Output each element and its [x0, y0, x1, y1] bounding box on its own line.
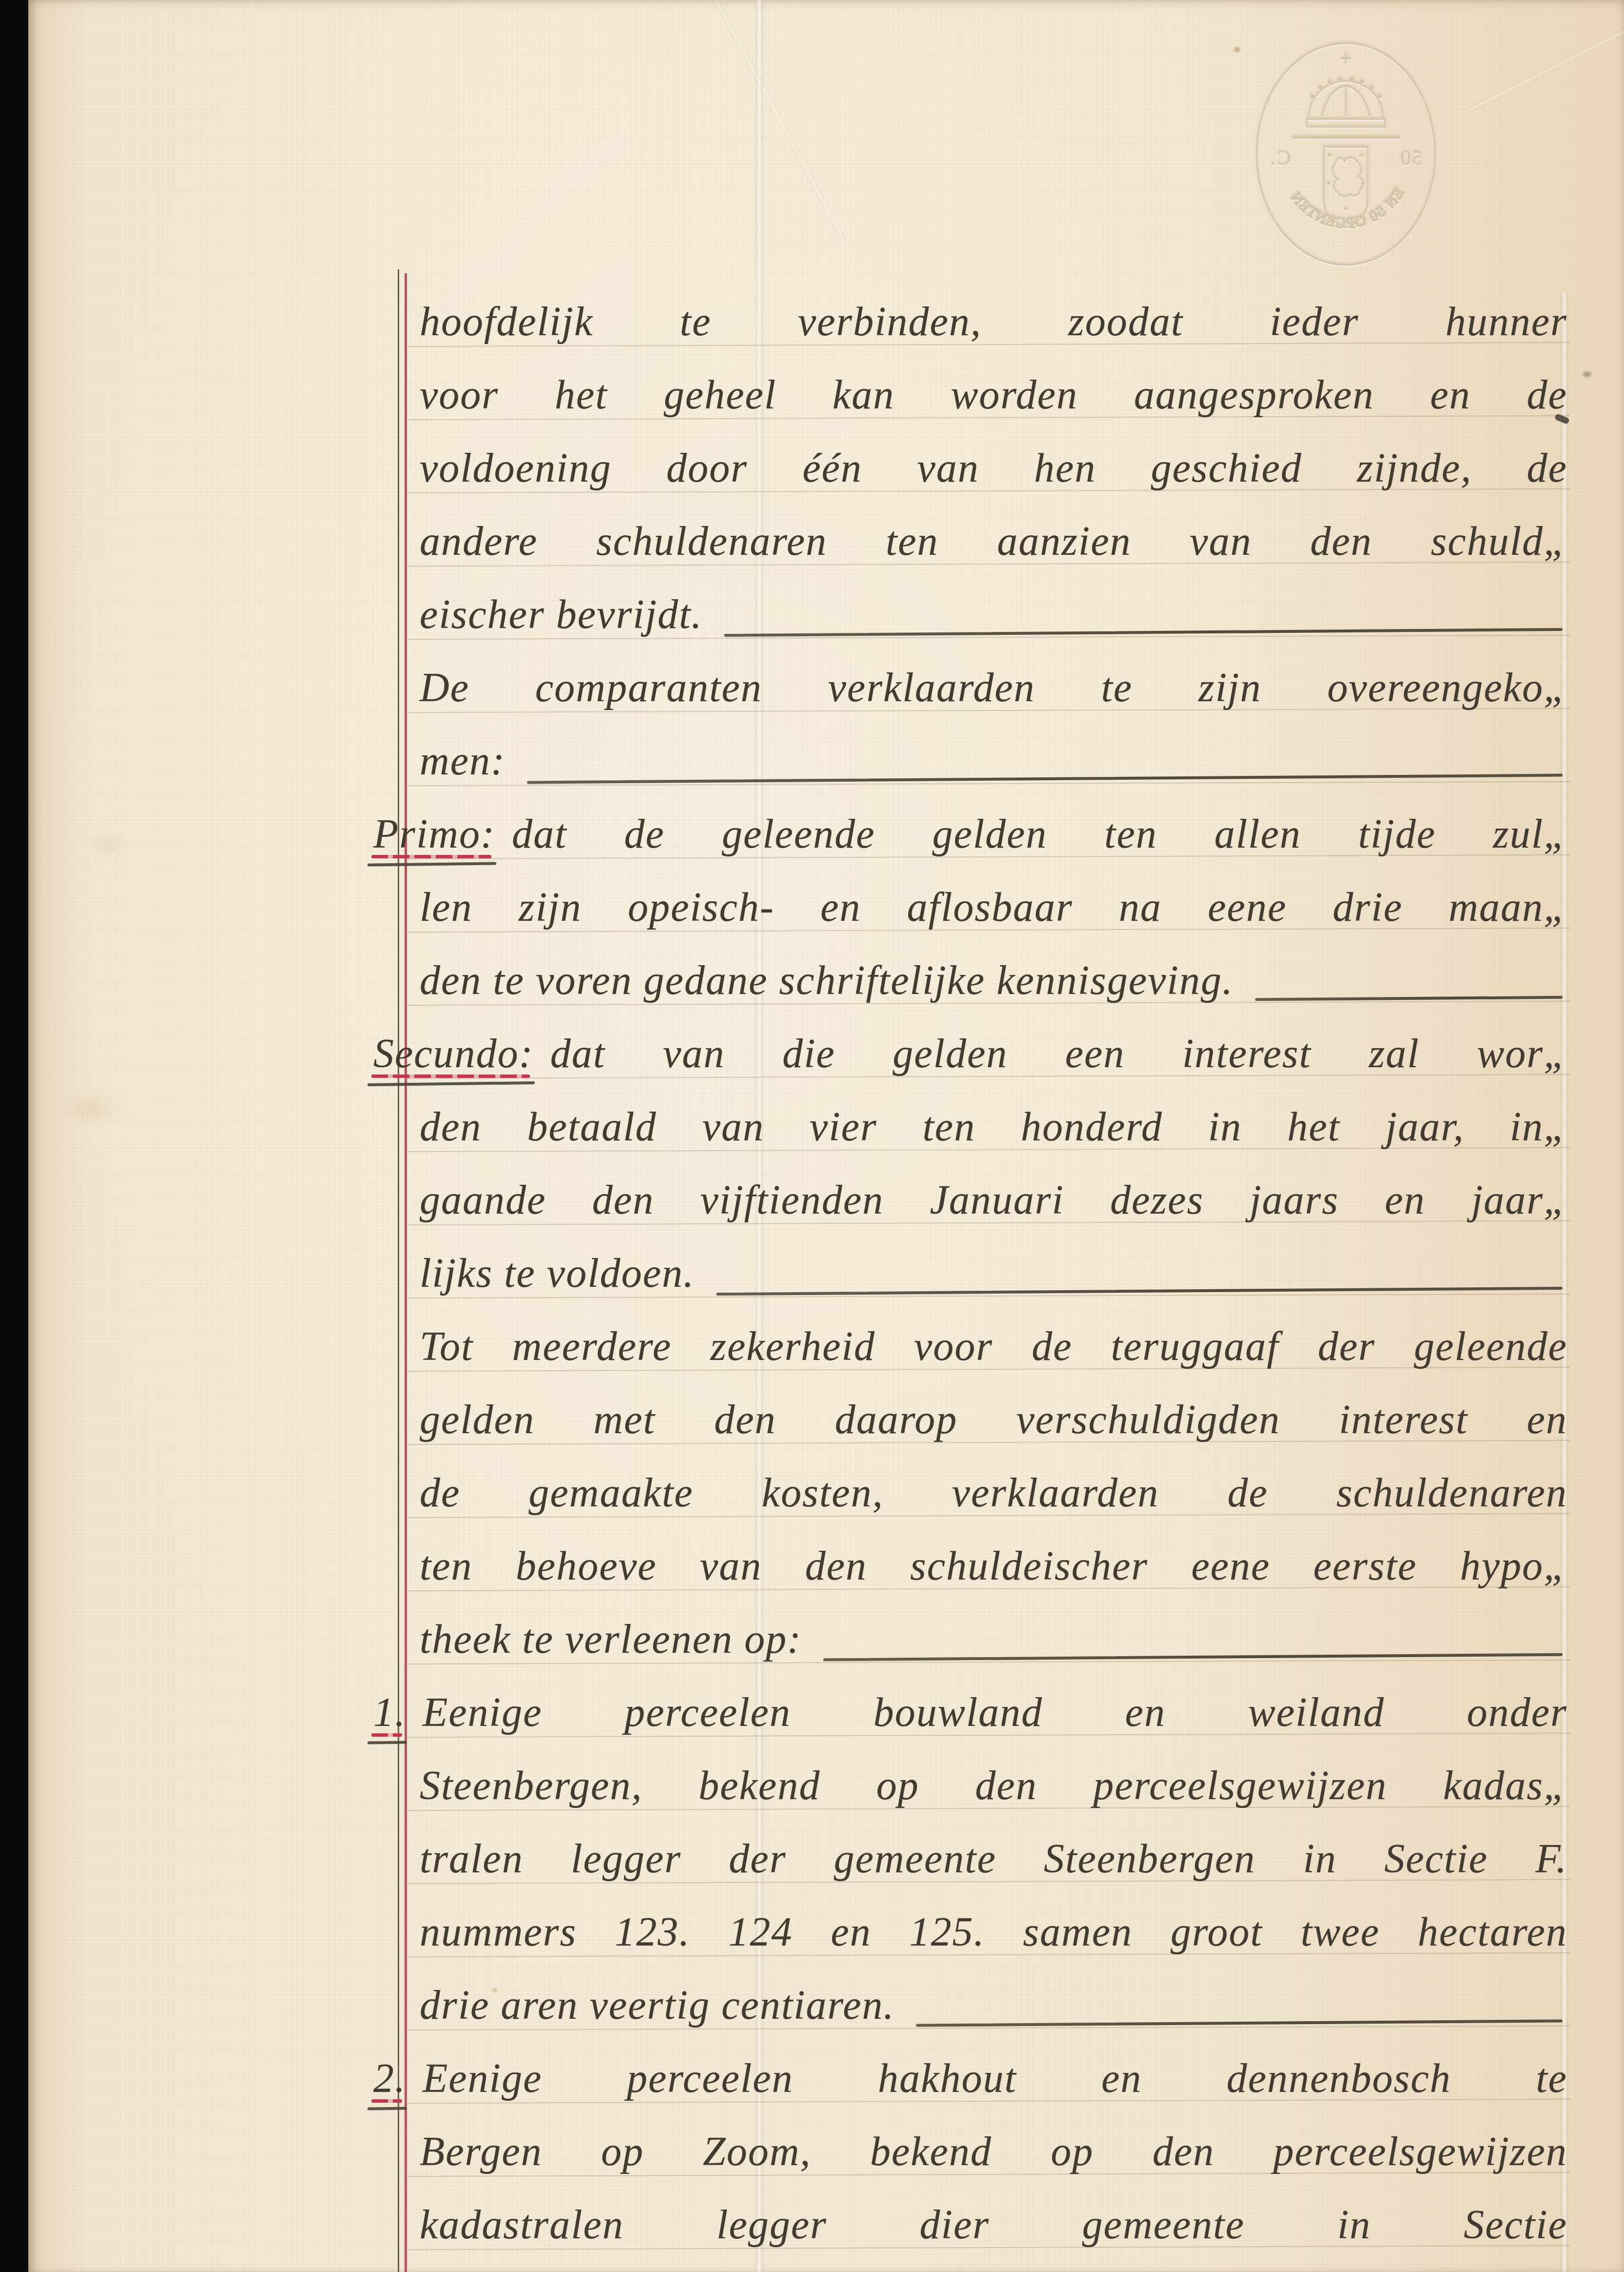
line-text: gaande den vijftienden Januari dezes jaa… [420, 1164, 1567, 1237]
line-text: Tot meerdere zekerheid voor de teruggaaf… [420, 1310, 1567, 1383]
line-text: Eenige perceelen bouwland en weiland ond… [423, 1676, 1567, 1749]
scanner-background [0, 0, 28, 2272]
manuscript-line: Primo:dat de geleende gelden ten allen t… [373, 798, 1567, 871]
manuscript-line: ten behoeve van den schuldeischer eene e… [420, 1530, 1567, 1603]
manuscript-line: andere schuldenaren ten aanzien van den … [420, 505, 1567, 578]
manuscript-line: gelden met den daarop verschuldigden int… [420, 1383, 1567, 1457]
manuscript-line: Secundo:dat van die gelden een interest … [373, 1017, 1567, 1091]
line-text: theek te verleenen op: [420, 1603, 802, 1676]
line-text: drie aren veertig centiaren. [420, 1969, 894, 2042]
line-text: dat de geleende gelden ten allen tijde z… [512, 798, 1567, 871]
document-scan: 50 C. EN 50 OPCENTEN hoofdelijk te verbi… [0, 0, 1624, 2272]
paper-stain [62, 1088, 121, 1129]
line-text: den te voren gedane schriftelijke kennis… [420, 944, 1234, 1017]
margin-rule-red [405, 273, 407, 2272]
manuscript-line: De comparanten verklaarden te zijn overe… [420, 651, 1567, 725]
fold-crease [1467, 20, 1624, 113]
manuscript-line: eischer bevrijdt. [420, 578, 1567, 651]
line-text: len zijn opeisch- en aflosbaar na eene d… [420, 871, 1567, 944]
manuscript-line: tralen legger der gemeente Steenbergen i… [420, 1823, 1567, 1896]
manuscript-line: kadastralen legger dier gemeente in Sect… [420, 2189, 1567, 2262]
manuscript-line: Steenbergen, bekend op den perceelsgewij… [420, 1749, 1567, 1823]
line-text: men: [420, 725, 506, 798]
line-text: eischer bevrijdt. [420, 578, 703, 651]
seal-value-left: 50 [1399, 147, 1422, 170]
manuscript-line: de gemaakte kosten, verklaarden de schul… [420, 1457, 1567, 1530]
manuscript-line: den te voren gedane schriftelijke kennis… [420, 944, 1567, 1017]
manuscript-text-block: hoofdelijk te verbinden, zoodat ieder hu… [420, 285, 1567, 2237]
line-text: den betaald van vier ten honderd in het … [420, 1091, 1567, 1164]
line-text: lijks te voldoen. [420, 1237, 695, 1310]
line-text: de gemaakte kosten, verklaarden de schul… [420, 1457, 1567, 1530]
line-text: gelden met den daarop verschuldigden int… [420, 1383, 1567, 1457]
filler-rule [716, 1287, 1563, 1296]
manuscript-line: den betaald van vier ten honderd in het … [420, 1091, 1567, 1164]
manuscript-line: theek te verleenen op: [420, 1603, 1567, 1676]
filler-rule [724, 628, 1563, 637]
paper-sheet: 50 C. EN 50 OPCENTEN hoofdelijk te verbi… [28, 0, 1624, 2272]
filler-rule [916, 2019, 1563, 2027]
manuscript-line: drie aren veertig centiaren. [420, 1969, 1567, 2042]
manuscript-line: Bergen op Zoom, bekend op den perceelsge… [420, 2115, 1567, 2189]
manuscript-line: gaande den vijftienden Januari dezes jaa… [420, 1164, 1567, 1237]
manuscript-line: men: [420, 725, 1567, 798]
fold-crease [713, 0, 846, 242]
embossed-revenue-seal: 50 C. EN 50 OPCENTEN [1251, 37, 1441, 271]
line-text: dat van die gelden een interest zal wor„ [550, 1017, 1567, 1091]
manuscript-line: hoofdelijk te verbinden, zoodat ieder hu… [420, 285, 1567, 359]
manuscript-line: len zijn opeisch- en aflosbaar na eene d… [420, 871, 1567, 944]
paragraph-marker: Secundo: [373, 1017, 534, 1091]
manuscript-line: nummers 123. 124 en 125. samen groot twe… [420, 1896, 1567, 1969]
line-text: ten behoeve van den schuldeischer eene e… [420, 1530, 1567, 1603]
manuscript-line: voor het geheel kan worden aangesproken … [420, 359, 1567, 432]
manuscript-line: lijks te voldoen. [420, 1237, 1567, 1310]
crown-icon [1292, 54, 1400, 138]
manuscript-line: 1.Eenige perceelen bouwland en weiland o… [373, 1676, 1567, 1749]
filler-rule [823, 1653, 1563, 1662]
line-text: Eenige perceelen hakhout en dennenbosch … [423, 2042, 1567, 2115]
paragraph-marker: Primo: [373, 798, 495, 871]
paper-stain [87, 830, 131, 862]
ink-speck [1581, 370, 1593, 379]
paragraph-marker: 1. [373, 1676, 406, 1749]
line-text: voor het geheel kan worden aangesproken … [420, 359, 1567, 432]
line-text: andere schuldenaren ten aanzien van den … [420, 505, 1567, 578]
manuscript-line: Tot meerdere zekerheid voor de teruggaaf… [420, 1310, 1567, 1383]
line-text: tralen legger der gemeente Steenbergen i… [420, 1823, 1567, 1896]
margin-rule-dark [398, 269, 399, 2272]
line-text: Steenbergen, bekend op den perceelsgewij… [420, 1749, 1567, 1823]
paragraph-marker: 2. [373, 2042, 406, 2115]
filler-rule [527, 774, 1563, 784]
line-text: De comparanten verklaarden te zijn overe… [420, 651, 1567, 725]
line-text: hoofdelijk te verbinden, zoodat ieder hu… [420, 285, 1567, 359]
filler-rule [1255, 996, 1563, 1001]
seal-value-right: C. [1269, 147, 1291, 170]
line-text: voldoening door één van hen geschied zij… [420, 432, 1567, 505]
line-text: nummers 123. 124 en 125. samen groot twe… [420, 1896, 1567, 1969]
manuscript-line: 2.Eenige perceelen hakhout en dennenbosc… [373, 2042, 1567, 2115]
ink-speck [1233, 46, 1241, 53]
manuscript-line: voldoening door één van hen geschied zij… [420, 432, 1567, 505]
line-text: Bergen op Zoom, bekend op den perceelsge… [420, 2115, 1567, 2189]
line-text: kadastralen legger dier gemeente in Sect… [420, 2189, 1567, 2262]
